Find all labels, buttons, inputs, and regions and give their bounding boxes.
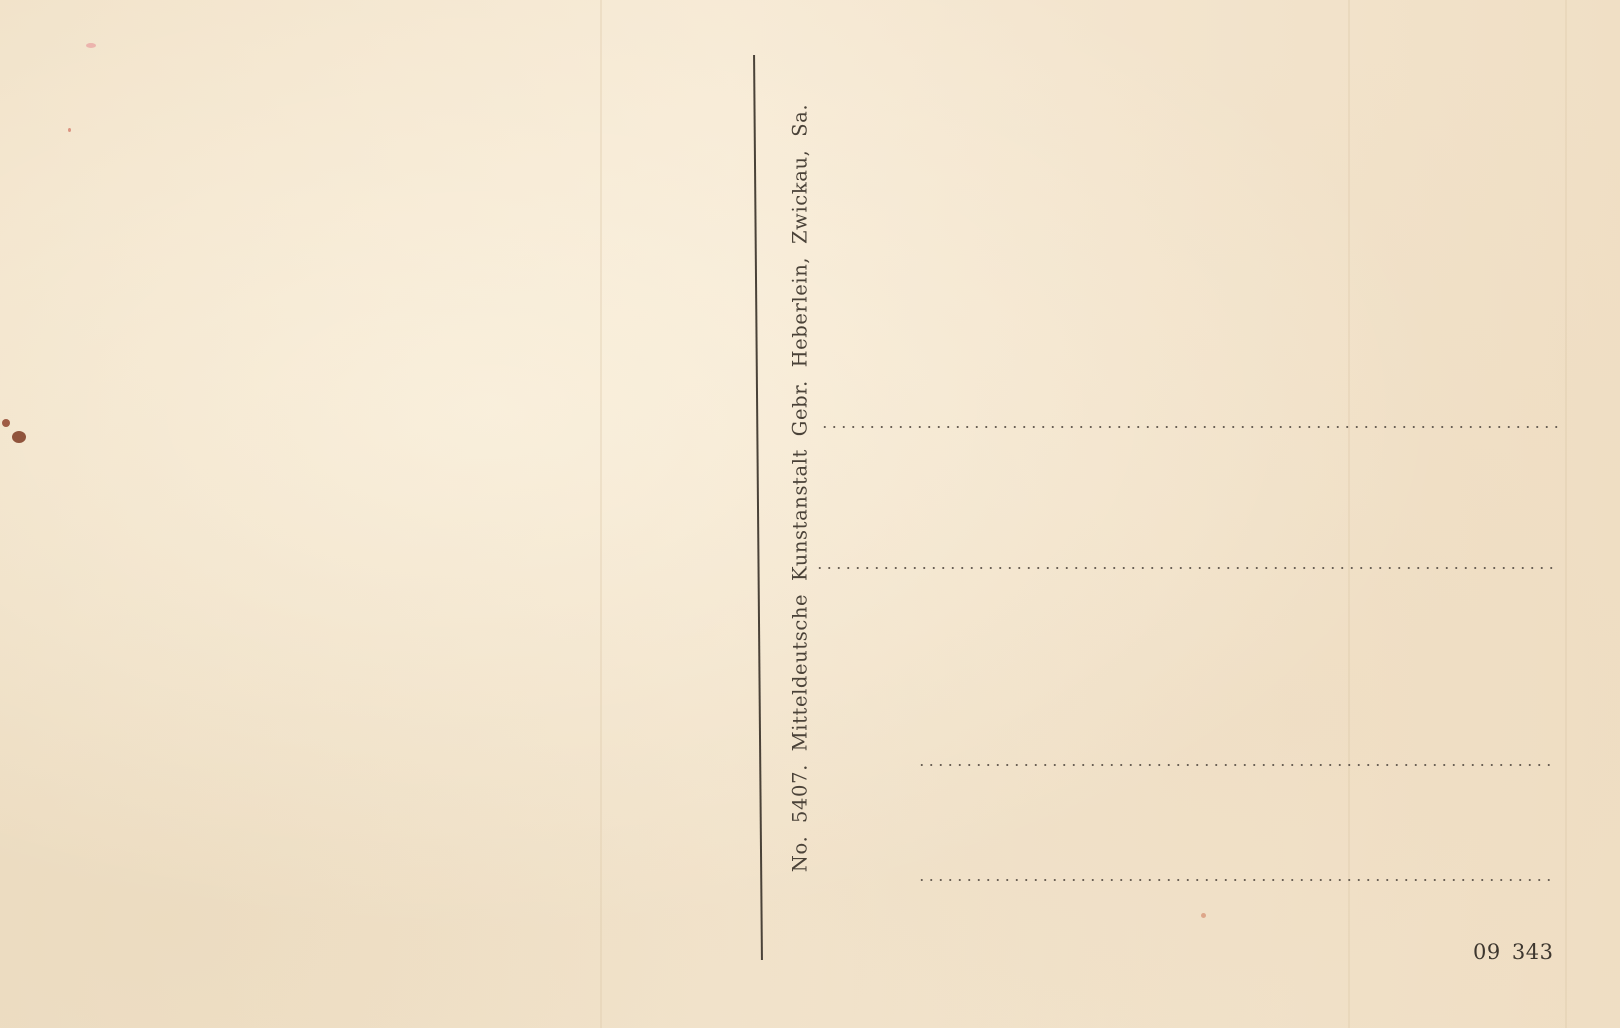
paper-crease: [1565, 0, 1567, 1028]
serial-number: 09 343: [1473, 940, 1553, 964]
address-line-1: [820, 426, 1558, 428]
stain-spot: [68, 128, 71, 132]
address-line-2: [815, 567, 1558, 569]
address-line-3: [917, 764, 1553, 766]
stain-spot: [2, 419, 10, 427]
postcard-back: No. 5407. Mitteldeutsche Kunstanstalt Ge…: [0, 0, 1620, 1028]
paper-crease: [600, 0, 602, 1028]
center-divider-line: [753, 55, 762, 960]
stain-spot: [12, 431, 26, 443]
publisher-imprint: No. 5407. Mitteldeutsche Kunstanstalt Ge…: [789, 104, 812, 872]
stain-spot: [86, 43, 96, 48]
address-line-4: [917, 879, 1553, 881]
paper-crease: [1348, 0, 1350, 1028]
stain-spot: [1201, 913, 1206, 918]
